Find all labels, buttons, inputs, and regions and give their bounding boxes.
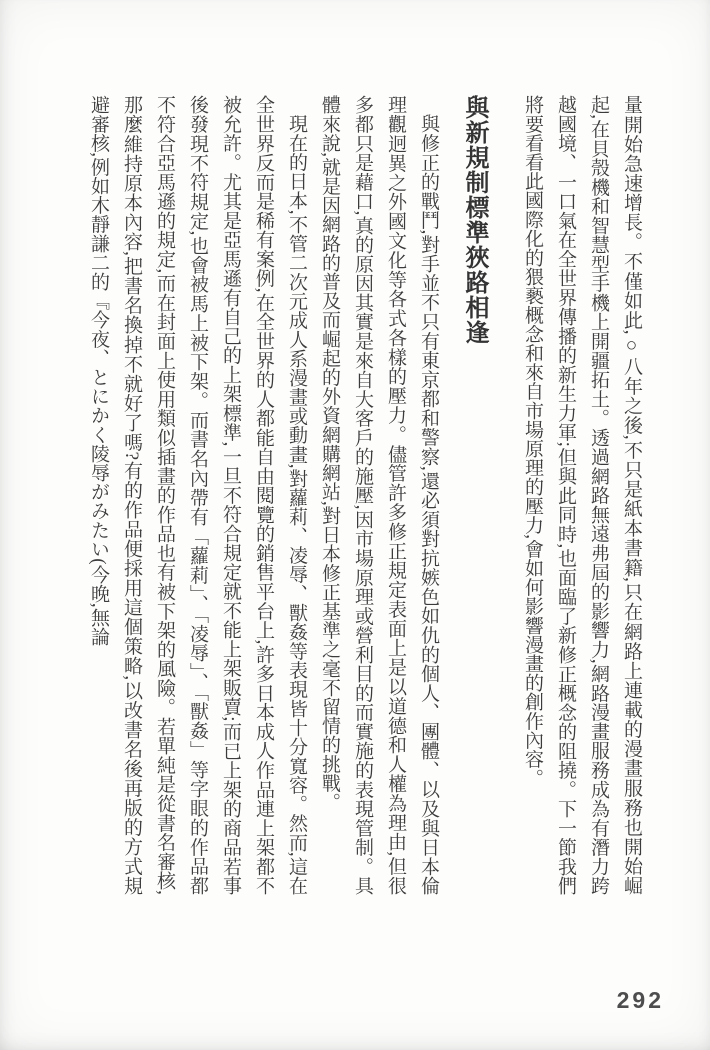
paragraph: 與修正的戰鬥,對手並不只有東京都和警察,還必須對抗嫉色如仇的個人、團體、以及與日… <box>313 95 445 895</box>
vertical-body-text: 量開始急速增長。不僅如此,○八年之後,不只是紙本書籍,只在網路上連載的漫畫服務也… <box>68 95 648 895</box>
continued-paragraph: 量開始急速增長。不僅如此,○八年之後,不只是紙本書籍,只在網路上連載的漫畫服務也… <box>516 95 648 895</box>
page-number: 292 <box>617 987 664 1014</box>
book-page: 量開始急速增長。不僅如此,○八年之後,不只是紙本書籍,只在網路上連載的漫畫服務也… <box>0 0 710 1050</box>
section-heading: 與新規制標準狹路相逢 <box>458 95 490 895</box>
paragraph: 現在的日本,不管二次元成人系漫畫或動畫,對蘿莉、凌辱、獸姦等表現皆十分寬容。然而… <box>82 95 313 895</box>
